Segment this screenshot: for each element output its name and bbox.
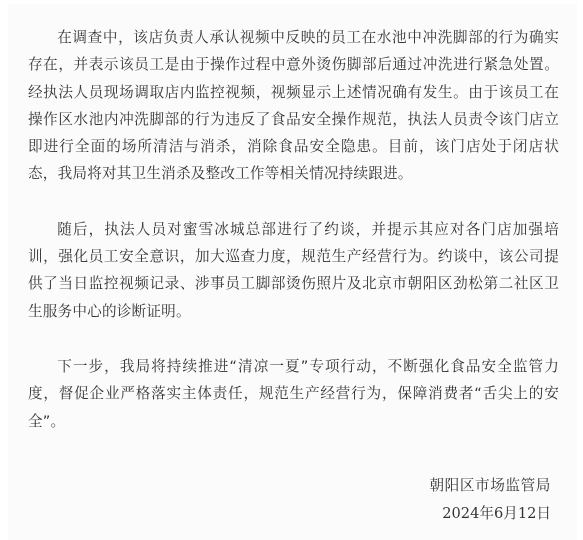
paragraph-investigation: 在调查中，该店负责人承认视频中反映的员工在水池中冲洗脚部的行为确实存在，并表示该… (28, 24, 559, 188)
signature-date: 2024年6月12日 (442, 502, 551, 523)
paragraph-next-steps: 下一步，我局将持续推进“清凉一夏”专项行动，不断强化食品安全监管力度，督促企业严… (28, 353, 559, 435)
paragraph-interview: 随后，执法人员对蜜雪冰城总部进行了约谈，并提示其应对各门店加强培训，强化员工安全… (28, 216, 559, 325)
signature-organization: 朝阳区市场监管局 (429, 474, 551, 495)
article-body: 在调查中，该店负责人承认视频中反映的员工在水池中冲洗脚部的行为确实存在，并表示该… (28, 24, 559, 435)
